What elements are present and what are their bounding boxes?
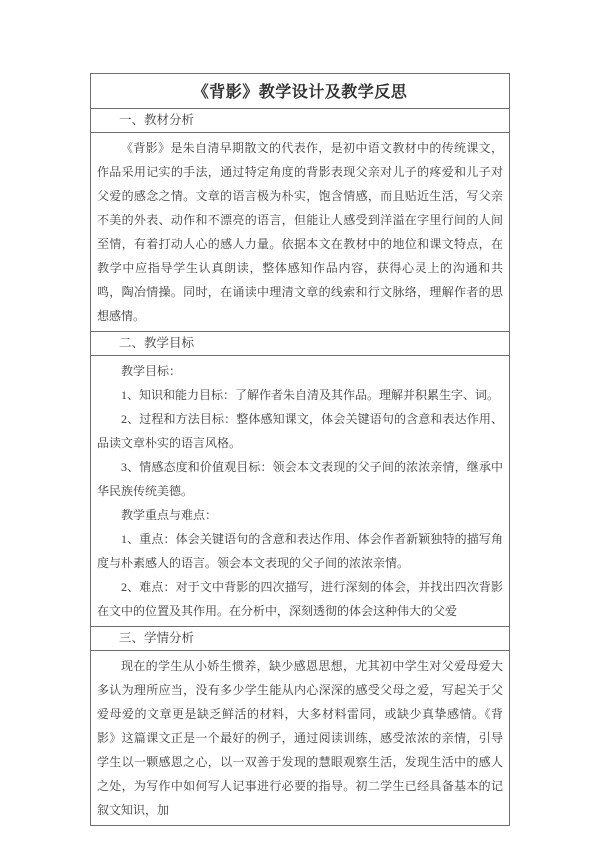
document-page: 《背影》教学设计及教学反思 一、教材分析 《背影》是朱自清早期散文的代表作，是初… xyxy=(0,0,595,842)
paragraph: 教学目标： xyxy=(97,359,503,383)
section-heading-teaching-goals: 二、教学目标 xyxy=(91,332,510,356)
section-content-row: 教学目标： 1、知识和能力目标：了解作者朱自清及其作品。理解并积累生字、词。 2… xyxy=(91,356,510,627)
section-heading-row: 二、教学目标 xyxy=(91,332,510,356)
section-heading-student-analysis: 三、学情分析 xyxy=(91,627,510,651)
paragraph: 1、重点：体会关键语句的含意和表达作用、体会作者新颖独特的描写角度与朴素感人的语… xyxy=(97,527,503,575)
section-content-row: 现在的学生从小娇生惯养，缺少感恩思想，尤其初中学生对父爱母爱大多认为理所应当，没… xyxy=(91,651,510,826)
section-content-student-analysis: 现在的学生从小娇生惯养，缺少感恩思想，尤其初中学生对父爱母爱大多认为理所应当，没… xyxy=(91,651,510,826)
paragraph: 现在的学生从小娇生惯养，缺少感恩思想，尤其初中学生对父爱母爱大多认为理所应当，没… xyxy=(97,654,503,822)
paragraph: 教学重点与难点： xyxy=(97,503,503,527)
section-heading-textbook-analysis: 一、教材分析 xyxy=(91,109,510,133)
section-heading-row: 一、教材分析 xyxy=(91,109,510,133)
title-row: 《背影》教学设计及教学反思 xyxy=(91,74,510,109)
section-content-textbook-analysis: 《背影》是朱自清早期散文的代表作，是初中语文教材中的传统课文，作品采用记实的手法… xyxy=(91,133,510,332)
section-heading-row: 三、学情分析 xyxy=(91,627,510,651)
document-title: 《背影》教学设计及教学反思 xyxy=(91,74,510,109)
paragraph: 《背影》是朱自清早期散文的代表作，是初中语文教材中的传统课文，作品采用记实的手法… xyxy=(97,136,503,328)
paragraph: 3、情感态度和价值观目标：领会本文表现的父子间的浓浓亲情，继承中华民族传统美德。 xyxy=(97,455,503,503)
paragraph: 2、过程和方法目标：整体感知课文，体会关键语句的含意和表达作用、品读文章朴实的语… xyxy=(97,407,503,455)
paragraph: 1、知识和能力目标：了解作者朱自清及其作品。理解并积累生字、词。 xyxy=(97,383,503,407)
section-content-teaching-goals: 教学目标： 1、知识和能力目标：了解作者朱自清及其作品。理解并积累生字、词。 2… xyxy=(91,356,510,627)
document-table: 《背影》教学设计及教学反思 一、教材分析 《背影》是朱自清早期散文的代表作，是初… xyxy=(90,73,510,826)
paragraph: 2、难点：对于文中背影的四次描写，进行深刻的体会，并找出四次背影在文中的位置及其… xyxy=(97,575,503,623)
section-content-row: 《背影》是朱自清早期散文的代表作，是初中语文教材中的传统课文，作品采用记实的手法… xyxy=(91,133,510,332)
